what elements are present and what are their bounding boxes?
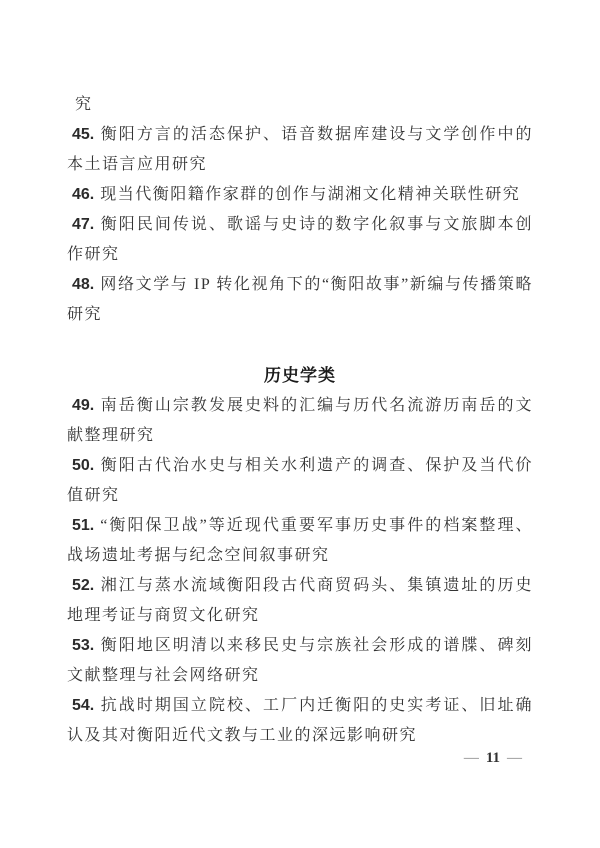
document-page: { "page": { "background": "#ffffff", "te… xyxy=(0,0,600,848)
list-item: 54.抗战时期国立院校、工厂内迁衡阳的史实考证、旧址确认及其对衡阳近代文教与工业… xyxy=(67,691,533,751)
item-text: 衡阳地区明清以来移民史与宗族社会形成的谱牒、碑刻文献整理与社会网络研究 xyxy=(67,637,533,684)
item-number: 52. xyxy=(72,577,94,594)
item-number: 45. xyxy=(72,126,94,143)
page-number-dash-left: — xyxy=(464,750,479,766)
list-item: 49.南岳衡山宗教发展史料的汇编与历代名流游历南岳的文献整理研究 xyxy=(67,391,533,451)
item-text: 南岳衡山宗教发展史料的汇编与历代名流游历南岳的文献整理研究 xyxy=(67,397,533,444)
item-number: 49. xyxy=(72,397,94,414)
page-number: —11— xyxy=(464,750,522,766)
item-text: 衡阳方言的活态保护、语音数据库建设与文学创作中的本土语言应用研究 xyxy=(67,126,533,173)
list-item: 51.“衡阳保卫战”等近现代重要军事历史事件的档案整理、战场遗址考据与纪念空间叙… xyxy=(67,511,533,571)
item-text: 衡阳民间传说、歌谣与史诗的数字化叙事与文旅脚本创作研究 xyxy=(67,216,533,263)
list-item: 50.衡阳古代治水史与相关水利遗产的调查、保护及当代价值研究 xyxy=(67,451,533,511)
item-number: 54. xyxy=(72,697,94,714)
item-number: 50. xyxy=(72,457,94,474)
item-text: 网络文学与 IP 转化视角下的“衡阳故事”新编与传播策略研究 xyxy=(67,276,533,323)
item-number: 47. xyxy=(72,216,94,233)
item-number: 51. xyxy=(72,517,94,534)
item-number: 46. xyxy=(72,186,94,203)
continuation-line: 究 xyxy=(67,90,533,120)
list-item: 52.湘江与蒸水流域衡阳段古代商贸码头、集镇遗址的历史地理考证与商贸文化研究 xyxy=(67,571,533,631)
page-number-dash-right: — xyxy=(507,750,522,766)
list-item: 45.衡阳方言的活态保护、语音数据库建设与文学创作中的本土语言应用研究 xyxy=(67,120,533,180)
list-item: 48.网络文学与 IP 转化视角下的“衡阳故事”新编与传播策略研究 xyxy=(67,270,533,330)
document-body: 究 45.衡阳方言的活态保护、语音数据库建设与文学创作中的本土语言应用研究 46… xyxy=(67,90,533,751)
list-item: 47.衡阳民间传说、歌谣与史诗的数字化叙事与文旅脚本创作研究 xyxy=(67,210,533,270)
item-number: 53. xyxy=(72,637,94,654)
page-number-value: 11 xyxy=(486,750,500,766)
list-item: 53.衡阳地区明清以来移民史与宗族社会形成的谱牒、碑刻文献整理与社会网络研究 xyxy=(67,631,533,691)
item-text: 衡阳古代治水史与相关水利遗产的调查、保护及当代价值研究 xyxy=(67,457,533,504)
list-item: 46.现当代衡阳籍作家群的创作与湖湘文化精神关联性研究 xyxy=(67,180,533,210)
item-text: 湘江与蒸水流域衡阳段古代商贸码头、集镇遗址的历史地理考证与商贸文化研究 xyxy=(67,577,533,624)
item-text: 现当代衡阳籍作家群的创作与湖湘文化精神关联性研究 xyxy=(100,186,520,203)
item-text: 抗战时期国立院校、工厂内迁衡阳的史实考证、旧址确认及其对衡阳近代文教与工业的深远… xyxy=(67,697,533,744)
section-header-history: 历史学类 xyxy=(67,361,533,391)
item-number: 48. xyxy=(72,276,94,293)
item-text: “衡阳保卫战”等近现代重要军事历史事件的档案整理、战场遗址考据与纪念空间叙事研究 xyxy=(67,517,533,564)
